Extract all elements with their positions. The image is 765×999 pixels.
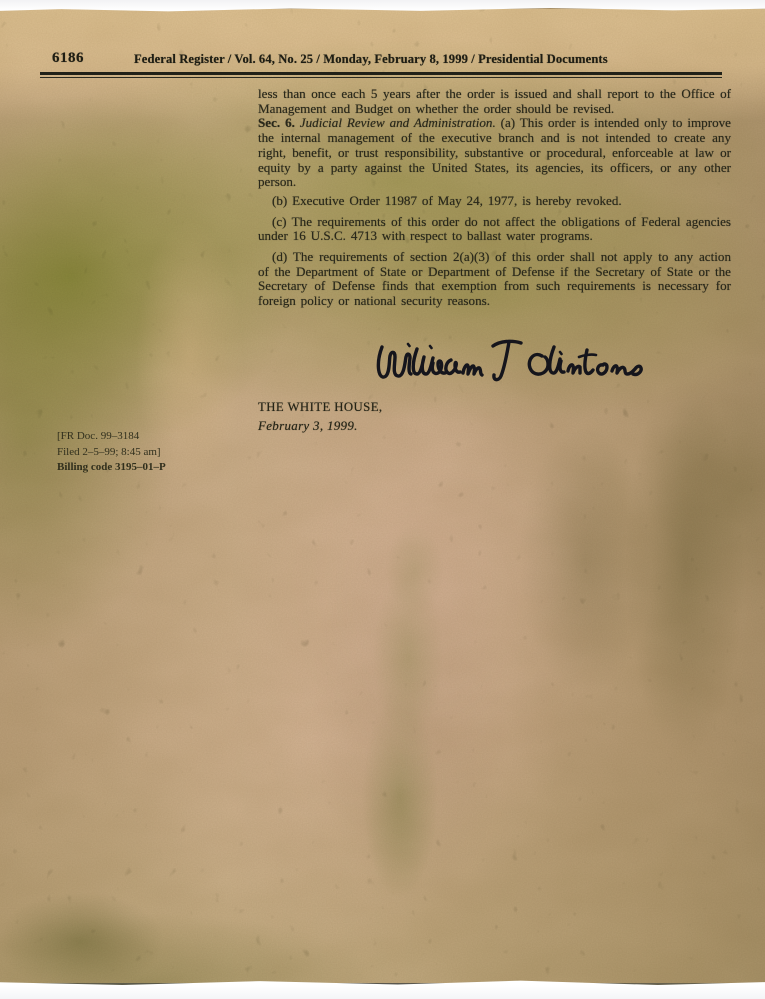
paper-sheet: 6186 Federal Register / Vol. 64, No. 25 … xyxy=(0,6,765,986)
signature-ink-strokes xyxy=(372,333,658,391)
closing-block: THE WHITE HOUSE, February 3, 1999. xyxy=(258,400,383,434)
closing-place: THE WHITE HOUSE, xyxy=(258,400,383,415)
closing-date: February 3, 1999. xyxy=(258,418,383,434)
paragraph-c: (c) The requirements of this order do no… xyxy=(258,215,731,244)
paragraph-b: (b) Executive Order 11987 of May 24, 197… xyxy=(258,194,731,209)
header-rule xyxy=(40,72,722,78)
fr-doc-block: [FR Doc. 99–3184 Filed 2–5–99; 8:45 am] … xyxy=(57,429,166,476)
header-rule-thick xyxy=(40,72,722,75)
fr-filed-line: Filed 2–5–99; 8:45 am] xyxy=(57,445,166,461)
sec6-number: Sec. 6. xyxy=(258,115,295,130)
presidential-signature xyxy=(372,333,658,391)
scanned-page: 6186 Federal Register / Vol. 64, No. 25 … xyxy=(0,0,765,999)
paper-bottom-edge xyxy=(0,983,765,986)
page-number: 6186 xyxy=(52,50,84,67)
paragraph-sec6: Sec. 6. Judicial Review and Administrati… xyxy=(258,116,731,190)
page-content: 6186 Federal Register / Vol. 64, No. 25 … xyxy=(0,6,765,986)
header-rule-thin xyxy=(40,77,722,78)
paragraph-continuation: less than once each 5 years after the or… xyxy=(258,87,731,116)
body-text-column: less than once each 5 years after the or… xyxy=(258,87,731,309)
fr-doc-number: [FR Doc. 99–3184 xyxy=(57,429,166,445)
sec6-title: Judicial Review and Administration. xyxy=(295,115,496,130)
running-head: Federal Register / Vol. 64, No. 25 / Mon… xyxy=(134,52,608,67)
paper-top-edge xyxy=(0,6,765,9)
paragraph-d: (d) The requirements of section 2(a)(3) … xyxy=(258,250,731,309)
fr-billing-code: Billing code 3195–01–P xyxy=(57,460,166,476)
